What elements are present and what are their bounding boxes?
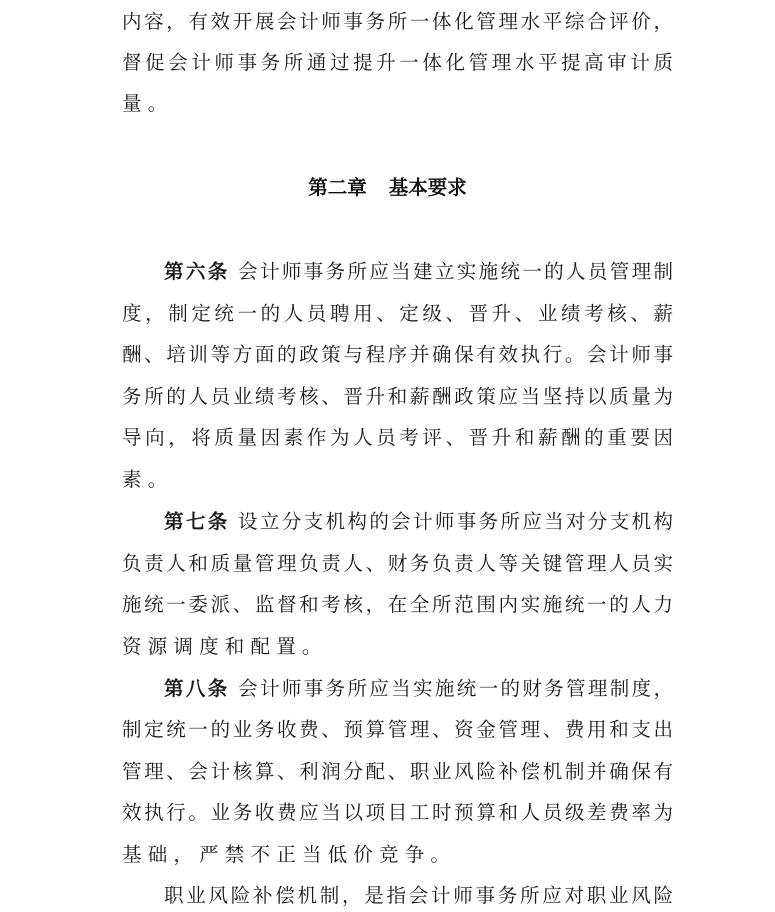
intro-line-3: 量。 bbox=[122, 89, 673, 119]
trailing-paragraph-line-1: 职业风险补偿机制，是指会计师事务所应对职业风险 bbox=[164, 881, 673, 911]
article-8-line-3: 管理、会计核算、利润分配、职业风险补偿机制并确保有 bbox=[122, 757, 673, 787]
article-8-line-5: 基础，严禁不正当低价竞争。 bbox=[122, 840, 673, 870]
chapter-number: 第二章 bbox=[308, 176, 367, 199]
article-7-line-2: 负责人和质量管理负责人、财务负责人等关键管理人员实 bbox=[122, 549, 673, 579]
article-6-line-6: 素。 bbox=[122, 465, 673, 495]
article-6-line-5: 导向，将质量因素作为人员考评、晋升和薪酬的重要因 bbox=[122, 423, 673, 453]
article-8-line-4: 效执行。业务收费应当以项目工时预算和人员级差费率为 bbox=[122, 798, 673, 828]
article-8-line-2: 制定统一的业务收费、预算管理、资金管理、费用和支出 bbox=[122, 715, 673, 745]
intro-line-1: 内容，有效开展会计师事务所一体化管理水平综合评价， bbox=[122, 7, 673, 37]
article-6-line-3: 酬、培训等方面的政策与程序并确保有效执行。会计师事 bbox=[122, 340, 673, 370]
article-7-label: 第七条 bbox=[164, 510, 230, 533]
article-6-line-2: 度，制定统一的人员聘用、定级、晋升、业绩考核、薪 bbox=[122, 299, 673, 329]
intro-line-2: 督促会计师事务所通过提升一体化管理水平提高审计质 bbox=[122, 48, 673, 78]
document-page: 内容，有效开展会计师事务所一体化管理水平综合评价， 督促会计师事务所通过提升一体… bbox=[0, 0, 775, 912]
article-8-first-line: 第八条 会计师事务所应当实施统一的财务管理制度， bbox=[164, 674, 673, 704]
article-6-line-4: 务所的人员业绩考核、晋升和薪酬政策应当坚持以质量为 bbox=[122, 382, 673, 412]
article-7-line-3: 施统一委派、监督和考核，在全所范围内实施统一的人力 bbox=[122, 590, 673, 620]
article-7-first-line: 第七条 设立分支机构的会计师事务所应当对分支机构 bbox=[164, 507, 673, 537]
article-6-text: 会计师事务所应当建立实施统一的人员管理制 bbox=[238, 260, 673, 283]
article-7-line-4: 资源调度和配置。 bbox=[122, 632, 673, 662]
article-6-first-line: 第六条 会计师事务所应当建立实施统一的人员管理制 bbox=[164, 257, 673, 287]
article-7-text: 设立分支机构的会计师事务所应当对分支机构 bbox=[238, 510, 673, 533]
article-6-label: 第六条 bbox=[164, 260, 230, 283]
chapter-heading: 第二章基本要求 bbox=[0, 173, 775, 203]
article-8-text: 会计师事务所应当实施统一的财务管理制度， bbox=[238, 677, 673, 700]
chapter-title: 基本要求 bbox=[389, 176, 467, 199]
article-8-label: 第八条 bbox=[164, 677, 230, 700]
